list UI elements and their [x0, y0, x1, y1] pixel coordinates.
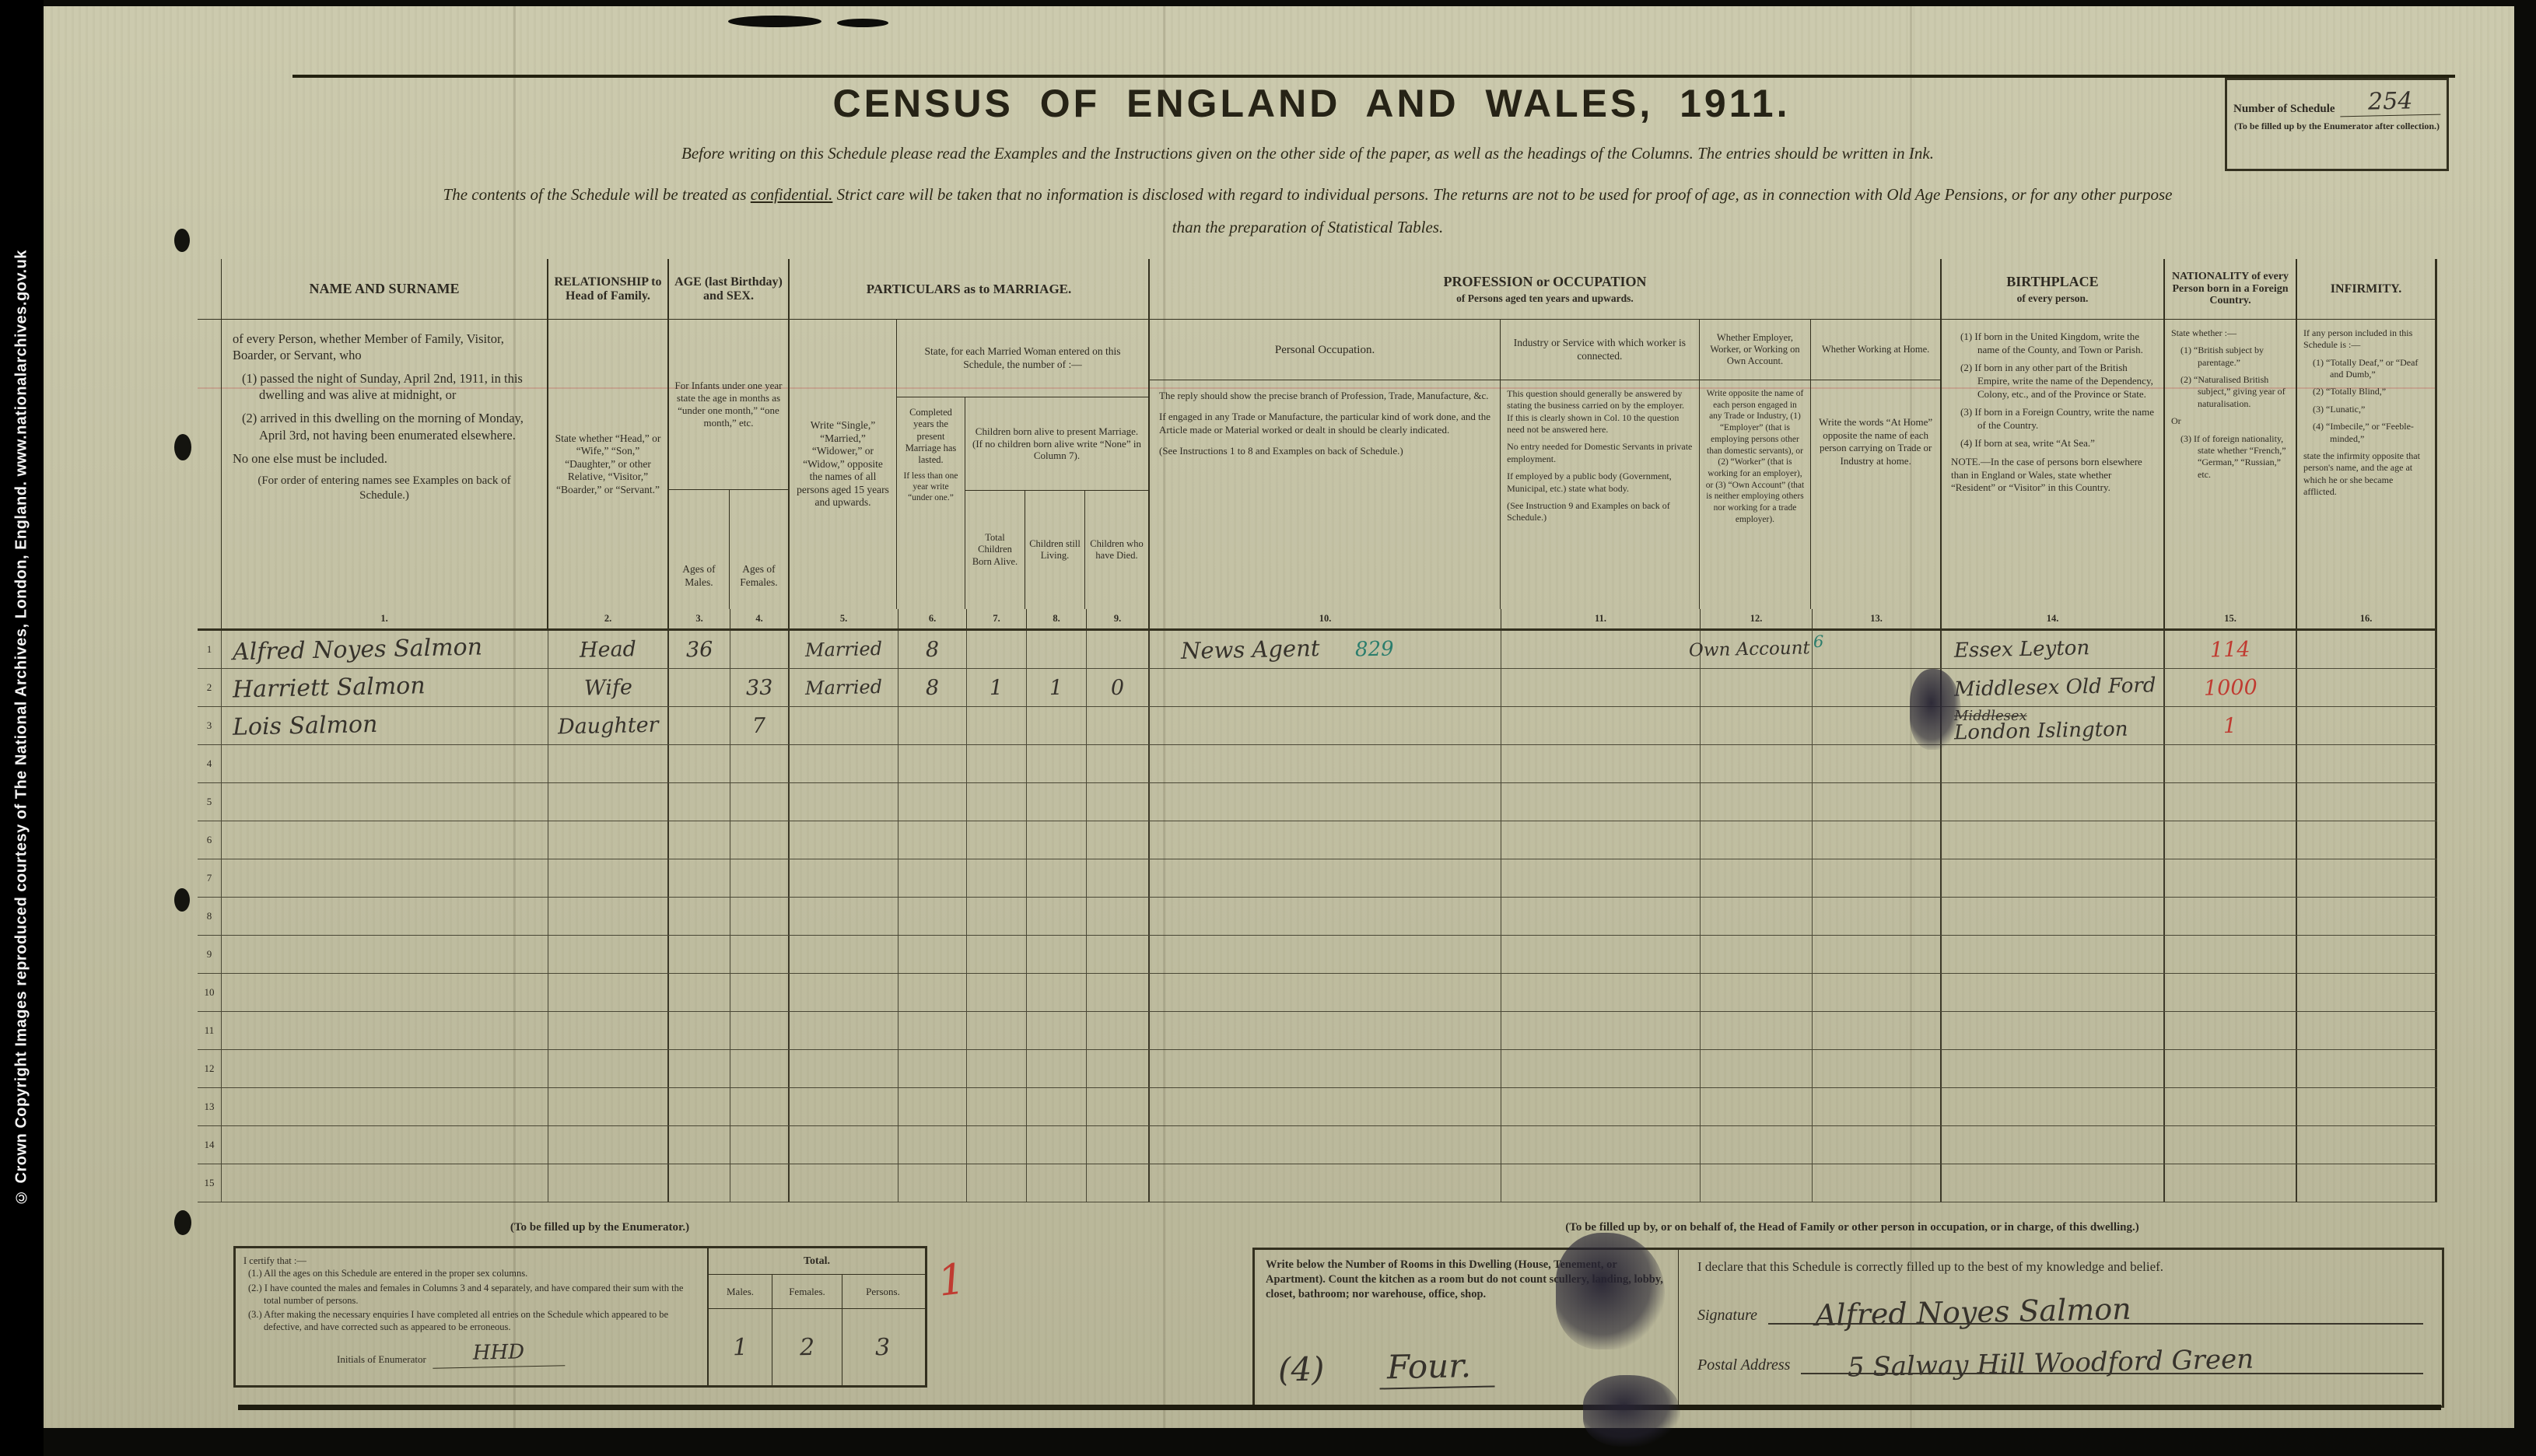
- top-rule: [292, 75, 2455, 78]
- enumerator-box: I certify that :— (1.) All the ages on t…: [233, 1246, 927, 1388]
- industry-note: (See Instruction 9 and Examples on back …: [1507, 500, 1693, 524]
- col-age-females: Ages of Females.: [730, 489, 788, 609]
- table-row: 6: [198, 821, 2437, 859]
- col-num: 6.: [898, 609, 967, 628]
- entry-children-born: 1: [990, 675, 1004, 699]
- confidential-post: Strict care will be taken that no inform…: [832, 185, 2172, 204]
- table-row: 13: [198, 1088, 2437, 1126]
- enumerator-check-mark: 1: [935, 1254, 968, 1306]
- row-number: 7: [198, 859, 222, 897]
- postal-address-label: Postal Address: [1697, 1356, 1790, 1374]
- entry-children-living: 1: [1049, 675, 1063, 699]
- nationality-note: (2) “Naturalised British subject,” givin…: [2171, 374, 2289, 410]
- census-form-paper: CENSUS OF ENGLAND AND WALES, 1911. Numbe…: [44, 6, 2514, 1428]
- birthplace-note: (4) If born at sea, write “At Sea.”: [1951, 437, 2154, 450]
- col-birthplace-notes: (1) If born in the United Kingdom, write…: [1942, 320, 2165, 609]
- entry-marriage: Married: [805, 676, 883, 699]
- head-section-heading: (To be filled up by, or on behalf of, th…: [1273, 1221, 2432, 1234]
- enumerator-section-heading: (To be filled up by the Enumerator.): [261, 1221, 938, 1234]
- confidential-pre: The contents of the Schedule will be tre…: [443, 185, 751, 204]
- entry-relationship: Daughter: [557, 712, 658, 739]
- infirmity-note: (3) “Lunatic,”: [2303, 404, 2429, 415]
- col-name-note: (2) arrived in this dwelling on the morn…: [233, 410, 536, 443]
- col-profession-subtitle: of Persons aged ten years and upwards.: [1456, 292, 1634, 304]
- col-num: 5.: [790, 609, 898, 628]
- col-age-title: AGE (last Birthday) and SEX.: [669, 259, 790, 320]
- declaration-text: I declare that this Schedule is correctl…: [1697, 1259, 2423, 1275]
- col-num: 14.: [1942, 609, 2165, 628]
- row-number: 8: [198, 898, 222, 935]
- infirmity-note: (4) “Imbecile,” or “Feeble-minded,”: [2303, 421, 2429, 445]
- schedule-number-value: 254: [2339, 87, 2440, 117]
- copyright-text: © Crown Copyright Images reproduced cour…: [0, 0, 44, 1456]
- totals-header: Total.: [709, 1248, 925, 1275]
- table-row: 3 Lois Salmon Daughter 7 MiddlesexLondon…: [198, 707, 2437, 745]
- row-number: 10: [198, 974, 222, 1011]
- entry-name: Lois Salmon: [222, 710, 378, 740]
- col-num: 3.: [669, 609, 730, 628]
- table-row: 9: [198, 936, 2437, 974]
- col-children-head: Children born alive to present Marriage.…: [965, 397, 1148, 491]
- personal-note: If engaged in any Trade or Manufacture, …: [1159, 411, 1490, 437]
- entry-age-male: 36: [685, 637, 713, 662]
- enumerator-certification: I certify that :— (1.) All the ages on t…: [236, 1248, 707, 1385]
- personal-note: The reply should show the precise branch…: [1159, 390, 1490, 403]
- table-row: 14: [198, 1126, 2437, 1164]
- table-row: 12: [198, 1050, 2437, 1088]
- col-marriage-title: PARTICULARS as to MARRIAGE.: [790, 259, 1150, 320]
- head-of-family-box: Write below the Number of Rooms in this …: [1252, 1248, 2444, 1408]
- col-num: 13.: [1813, 609, 1942, 628]
- col-employer-label: Whether Employer, Worker, or Working on …: [1700, 320, 1811, 380]
- col-nationality-title: NATIONALITY of every Person born in a Fo…: [2165, 259, 2297, 320]
- col-infirmity-notes: If any person included in this Schedule …: [2297, 320, 2437, 609]
- col-name-title: NAME AND SURNAME: [222, 259, 548, 320]
- ink-blot: [1910, 669, 1961, 750]
- row-number: 14: [198, 1126, 222, 1164]
- postal-address-value: 5 Salway Hill Woodford Green: [1848, 1344, 2254, 1384]
- col-profession-title: PROFESSION or OCCUPATION of Persons aged…: [1150, 259, 1942, 320]
- ink-blot: [1583, 1375, 1680, 1447]
- entry-marriage-years: 8: [926, 637, 940, 661]
- instruction-line-3: than the preparation of Statistical Tabl…: [160, 218, 2455, 237]
- entry-children-died: 0: [1111, 675, 1125, 699]
- infirmity-note: (1) “Totally Deaf,” or “Deaf and Dumb,”: [2303, 357, 2429, 381]
- col-num: 16.: [2297, 609, 2437, 628]
- row-number: 15: [198, 1164, 222, 1202]
- col-completed-years-note2: If less than one year write “under one.”: [902, 471, 960, 503]
- confidential-word: confidential.: [751, 185, 833, 204]
- scan-speck: [837, 19, 888, 27]
- totals-males-value: 1: [733, 1333, 748, 1360]
- row-number: 13: [198, 1088, 222, 1125]
- certify-intro: I certify that :—: [243, 1255, 699, 1267]
- row-number: 11: [198, 1012, 222, 1049]
- table-header: NAME AND SURNAME of every Person, whethe…: [198, 259, 2437, 609]
- industry-note: This question should generally be answer…: [1507, 388, 1693, 436]
- col-birthplace-subtitle: of every person.: [2017, 292, 2089, 304]
- punch-hole: [174, 434, 191, 460]
- certify-item: (3.) After making the necessary enquirie…: [243, 1308, 699, 1334]
- col-num: 9.: [1087, 609, 1150, 628]
- birthplace-note: (3) If born in a Foreign Country, write …: [1951, 406, 2154, 432]
- col-age-note: For Infants under one year state the age…: [669, 320, 788, 489]
- ink-blot: [1556, 1233, 1665, 1349]
- birthplace-note: (2) If born in any other part of the Bri…: [1951, 362, 2154, 401]
- entry-age-female: 7: [752, 713, 766, 737]
- col-name-note: (For order of entering names see Example…: [233, 474, 536, 503]
- col-completed-years: Completed years the present Marriage has…: [897, 397, 965, 609]
- col-num: 7.: [967, 609, 1027, 628]
- table-row: 11: [198, 1012, 2437, 1050]
- row-number: 9: [198, 936, 222, 973]
- col-relationship-note: State whether “Head,” or “Wife,” “Son,” …: [548, 320, 669, 609]
- column-number-strip: 1. 2. 3. 4. 5. 6. 7. 8. 9. 10. 11. 12. 1…: [198, 609, 2437, 631]
- table-row: 15: [198, 1164, 2437, 1202]
- entry-occupation-code: 829: [1355, 637, 1394, 661]
- col-name-note: (1) passed the night of Sunday, April 2n…: [233, 370, 536, 403]
- row-number: 5: [198, 783, 222, 821]
- row-number: 3: [198, 707, 222, 744]
- col-marriage-write-note: Write “Single,” “Married,” “Widower,” or…: [790, 320, 897, 609]
- personal-note: (See Instructions 1 to 8 and Examples on…: [1159, 445, 1490, 458]
- col-personal-occupation-label: Personal Occupation.: [1150, 320, 1500, 380]
- col-profession-title-main: PROFESSION or OCCUPATION: [1443, 274, 1646, 289]
- declaration-cell: I declare that this Schedule is correctl…: [1679, 1250, 2442, 1405]
- copyright-strip: © Crown Copyright Images reproduced cour…: [0, 0, 44, 1456]
- nationality-note: (3) If of foreign nationality, state whe…: [2171, 433, 2289, 481]
- birthplace-note: (1) If born in the United Kingdom, write…: [1951, 331, 2154, 356]
- table-body: 1 Alfred Noyes Salmon Head 36 Married 8 …: [198, 631, 2437, 1202]
- entry-nationality-mark: 1: [2223, 713, 2237, 737]
- signature-value: Alfred Noyes Salmon: [1815, 1292, 2131, 1333]
- punch-hole: [174, 888, 190, 912]
- nationality-note: (1) “British subject by parentage.”: [2171, 345, 2289, 369]
- entry-relationship: Wife: [583, 675, 632, 700]
- scan-speck: [728, 16, 821, 27]
- col-name-note: of every Person, whether Member of Famil…: [233, 331, 536, 363]
- entry-name: Alfred Noyes Salmon: [222, 633, 483, 666]
- col-num: 1.: [222, 609, 548, 628]
- table-row: 5: [198, 783, 2437, 821]
- table-row: 7: [198, 859, 2437, 898]
- totals-persons-value: 3: [875, 1333, 891, 1360]
- table-row: 2 Harriett Salmon Wife 33 Married 8 1 1 …: [198, 669, 2437, 707]
- rooms-value-number: (4): [1277, 1349, 1325, 1388]
- entry-name: Harriett Salmon: [222, 672, 426, 703]
- col-at-home-note: Write the words “At Home” opposite the n…: [1811, 380, 1940, 476]
- entry-marriage-years: 8: [926, 675, 940, 699]
- nationality-note: State whether :—: [2171, 327, 2289, 339]
- infirmity-note: state the infirmity opposite that person…: [2303, 450, 2429, 498]
- schedule-number-label: Number of Schedule: [2233, 103, 2335, 116]
- col-name-notes: of every Person, whether Member of Famil…: [222, 320, 548, 609]
- initials-value: HHD: [432, 1339, 565, 1368]
- signature-label: Signature: [1697, 1307, 1757, 1325]
- census-scan-page: © Crown Copyright Images reproduced cour…: [0, 0, 2536, 1456]
- col-industry-notes: This question should generally be answer…: [1501, 380, 1699, 537]
- col-at-home-label: Whether Working at Home.: [1811, 320, 1940, 380]
- entry-birthplace-struck: Middlesex: [1954, 711, 2027, 721]
- totals-persons-label: Persons.: [842, 1275, 923, 1308]
- totals-females-label: Females.: [772, 1275, 842, 1308]
- table-row: 8: [198, 898, 2437, 936]
- col-children-died: Children who have Died.: [1085, 491, 1148, 609]
- entry-birthplace: Middlesex Old Ford: [1954, 675, 2156, 699]
- col-birthplace-title: BIRTHPLACE of every person.: [1942, 259, 2165, 320]
- rooms-value-word: Four.: [1378, 1346, 1494, 1389]
- entry-age-female: 33: [745, 675, 772, 700]
- instruction-line-2: The contents of the Schedule will be tre…: [160, 185, 2455, 205]
- industry-note: No entry needed for Domestic Servants in…: [1507, 441, 1693, 465]
- col-num: 2.: [548, 609, 669, 628]
- col-employer-note: Write opposite the name of each person e…: [1700, 380, 1811, 534]
- entry-occupation: News Agent: [1181, 635, 1320, 664]
- col-birthplace-title-main: BIRTHPLACE: [2006, 274, 2098, 289]
- schedule-number-note: (To be filled up by the Enumerator after…: [2233, 121, 2440, 132]
- punch-hole: [174, 1210, 191, 1235]
- row-number: 12: [198, 1050, 222, 1087]
- bottom-rule: [238, 1405, 2441, 1410]
- row-number: 2: [198, 669, 222, 706]
- col-num: 4.: [730, 609, 790, 628]
- entry-nationality-mark: 1000: [2203, 675, 2257, 700]
- entry-relationship: Head: [580, 637, 637, 663]
- col-infirmity-title: INFIRMITY.: [2297, 259, 2437, 320]
- birthplace-note: NOTE.—In the case of persons born elsewh…: [1951, 456, 2154, 495]
- certify-item: (2.) I have counted the males and female…: [243, 1282, 699, 1307]
- entry-nationality-mark: 114: [2210, 637, 2251, 662]
- col-children-living: Children still Living.: [1025, 491, 1085, 609]
- col-num: 15.: [2165, 609, 2297, 628]
- col-age-males: Ages of Males.: [669, 489, 730, 609]
- col-married-woman-note: State, for each Married Woman entered on…: [897, 320, 1148, 397]
- infirmity-note: If any person included in this Schedule …: [2303, 327, 2429, 352]
- totals-table: Total. Males. Females. Persons. 1 2 3: [707, 1248, 925, 1385]
- row-number: 1: [198, 631, 222, 668]
- initials-label: Initials of Enumerator: [337, 1353, 426, 1367]
- col-num: 8.: [1027, 609, 1087, 628]
- entry-birthplace: London Islington: [1954, 719, 2128, 743]
- infirmity-note: (2) “Totally Blind,”: [2303, 386, 2429, 397]
- entry-birthplace: Essex Leyton: [1954, 638, 2090, 661]
- col-completed-years-note: Completed years the present Marriage has…: [902, 407, 960, 466]
- row-number: 6: [198, 821, 222, 859]
- col-children-born: Total Children Born Alive.: [965, 491, 1025, 609]
- table-row: 1 Alfred Noyes Salmon Head 36 Married 8 …: [198, 631, 2437, 669]
- col-nationality-notes: State whether :— (1) “British subject by…: [2165, 320, 2297, 609]
- industry-note: If employed by a public body (Government…: [1507, 471, 1693, 495]
- totals-males-label: Males.: [709, 1275, 772, 1308]
- census-table: NAME AND SURNAME of every Person, whethe…: [198, 259, 2437, 1202]
- entry-marriage: Married: [805, 638, 883, 661]
- col-num: 11.: [1501, 609, 1701, 628]
- entry-employment: Own Account: [1689, 638, 1810, 660]
- totals-females-value: 2: [800, 1333, 815, 1360]
- table-row: 4: [198, 745, 2437, 783]
- col-num: 10.: [1150, 609, 1501, 628]
- certify-item: (1.) All the ages on this Schedule are e…: [243, 1267, 699, 1279]
- col-personal-occupation-notes: The reply should show the precise branch…: [1150, 380, 1500, 609]
- row-number: 4: [198, 745, 222, 782]
- col-name-note: No one else must be included.: [233, 450, 536, 467]
- table-row: 10: [198, 974, 2437, 1012]
- col-num: 12.: [1701, 609, 1813, 628]
- entry-employment-code: 6: [1813, 632, 1823, 651]
- instruction-line-1: Before writing on this Schedule please r…: [160, 144, 2455, 163]
- page-title: CENSUS OF ENGLAND AND WALES, 1911.: [821, 81, 1802, 126]
- col-relationship-title: RELATIONSHIP to Head of Family.: [548, 259, 669, 320]
- nationality-note: Or: [2171, 415, 2289, 427]
- col-industry-label: Industry or Service with which worker is…: [1501, 320, 1699, 380]
